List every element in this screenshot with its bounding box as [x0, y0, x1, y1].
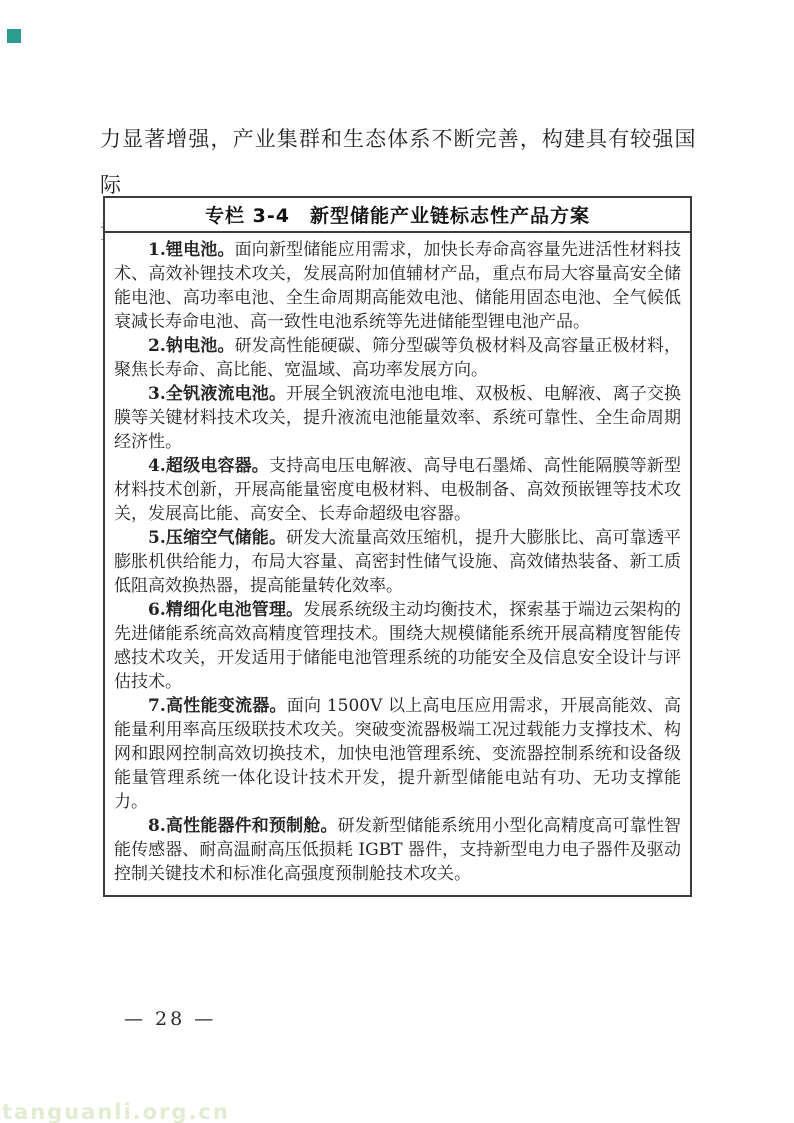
watermark-square	[7, 29, 21, 43]
item-4-lead: 4.超级电容器。	[148, 456, 269, 476]
box-item-4: 4.超级电容器。支持高电压电解液、高导电石墨烯、高性能隔膜等新型材料技术创新，开…	[114, 454, 681, 526]
item-8-lead: 8.高性能器件和预制舱。	[148, 816, 338, 836]
column-box-3-4: 专栏 3-4 新型储能产业链标志性产品方案 1.锂电池。面向新型储能应用需求，加…	[103, 196, 692, 897]
item-3-lead: 3.全钒液流电池。	[148, 384, 286, 404]
item-1-lead: 1.锂电池。	[148, 240, 235, 260]
item-7-lead: 7.高性能变流器。	[148, 696, 287, 716]
box-item-5: 5.压缩空气储能。研发大流量高效压缩机，提升大膨胀比、高可靠透平膨胀机供给能力，…	[114, 526, 681, 598]
item-5-lead: 5.压缩空气储能。	[148, 528, 286, 548]
box-item-3: 3.全钒液流电池。开展全钒液流电池电堆、双极板、电解液、离子交换膜等关键材料技术…	[114, 382, 681, 454]
box-item-8: 8.高性能器件和预制舱。研发新型储能系统用小型化高精度高可靠性智能传感器、耐高温…	[114, 814, 681, 886]
page-number: — 28 —	[124, 1008, 216, 1030]
watermark-text: tanguanli.org.cn	[2, 1100, 230, 1123]
item-6-lead: 6.精细化电池管理。	[148, 600, 303, 620]
document-page: 力显著增强，产业集群和生态体系不断完善，构建具有较强国际 竞争力的新型储能产业链…	[0, 0, 794, 1123]
box-item-2: 2.钠电池。研发高性能硬碳、筛分型碳等负极材料及高容量正极材料，聚焦长寿命、高比…	[114, 334, 681, 382]
intro-line-1: 力显著增强，产业集群和生态体系不断完善，构建具有较强国际	[100, 116, 696, 208]
box-item-7: 7.高性能变流器。面向 1500V 以上高电压应用需求，开展高能效、高能量利用率…	[114, 694, 681, 814]
box-item-1: 1.锂电池。面向新型储能应用需求，加快长寿命高容量先进活性材料技术、高效补锂技术…	[114, 238, 681, 334]
item-2-lead: 2.钠电池。	[148, 336, 235, 356]
box-title: 专栏 3-4 新型储能产业链标志性产品方案	[105, 198, 690, 233]
box-body: 1.锂电池。面向新型储能应用需求，加快长寿命高容量先进活性材料技术、高效补锂技术…	[105, 233, 690, 895]
box-item-6: 6.精细化电池管理。发展系统级主动均衡技术，探索基于端边云架构的先进储能系统高效…	[114, 598, 681, 694]
